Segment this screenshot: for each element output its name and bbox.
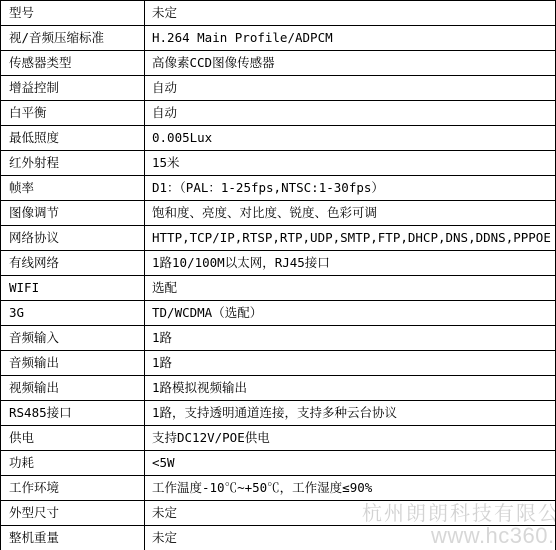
spec-value: 1路 xyxy=(145,326,556,351)
table-row: 音频输入1路 xyxy=(1,326,556,351)
spec-label: 供电 xyxy=(1,426,145,451)
spec-label: 图像调节 xyxy=(1,201,145,226)
table-row: WIFI选配 xyxy=(1,276,556,301)
spec-label: 音频输出 xyxy=(1,351,145,376)
table-row: 供电支持DC12V/POE供电 xyxy=(1,426,556,451)
spec-label: 3G xyxy=(1,301,145,326)
spec-label: RS485接口 xyxy=(1,401,145,426)
spec-value: 15米 xyxy=(145,151,556,176)
spec-value: H.264 Main Profile/ADPCM xyxy=(145,26,556,51)
table-row: 传感器类型高像素CCD图像传感器 xyxy=(1,51,556,76)
spec-label: 增益控制 xyxy=(1,76,145,101)
spec-value: 支持DC12V/POE供电 xyxy=(145,426,556,451)
spec-label: 有线网络 xyxy=(1,251,145,276)
table-row: 整机重量未定 xyxy=(1,526,556,550)
table-row: 最低照度0.005Lux xyxy=(1,126,556,151)
table-row: 帧率D1：（PAL：1-25fps,NTSC:1-30fps） xyxy=(1,176,556,201)
spec-table-body: 型号未定视/音频压缩标准H.264 Main Profile/ADPCM传感器类… xyxy=(1,1,556,550)
spec-label: 音频输入 xyxy=(1,326,145,351)
table-row: 视频输出1路模拟视频输出 xyxy=(1,376,556,401)
spec-value: TD/WCDMA（选配） xyxy=(145,301,556,326)
spec-label: 红外射程 xyxy=(1,151,145,176)
table-row: 音频输出1路 xyxy=(1,351,556,376)
spec-label: 白平衡 xyxy=(1,101,145,126)
table-row: 视/音频压缩标准H.264 Main Profile/ADPCM xyxy=(1,26,556,51)
table-row: 白平衡自动 xyxy=(1,101,556,126)
spec-value: 高像素CCD图像传感器 xyxy=(145,51,556,76)
spec-value: 未定 xyxy=(145,501,556,526)
spec-value: 自动 xyxy=(145,101,556,126)
table-row: 3GTD/WCDMA（选配） xyxy=(1,301,556,326)
spec-label: 视频输出 xyxy=(1,376,145,401)
spec-value: 选配 xyxy=(145,276,556,301)
table-row: 网络协议HTTP,TCP/IP,RTSP,RTP,UDP,SMTP,FTP,DH… xyxy=(1,226,556,251)
spec-label: 工作环境 xyxy=(1,476,145,501)
table-row: 外型尺寸未定 xyxy=(1,501,556,526)
spec-value: 工作温度-10℃~+50℃，工作湿度≤90% xyxy=(145,476,556,501)
table-row: 红外射程15米 xyxy=(1,151,556,176)
spec-label: 整机重量 xyxy=(1,526,145,550)
spec-label: 外型尺寸 xyxy=(1,501,145,526)
spec-value: HTTP,TCP/IP,RTSP,RTP,UDP,SMTP,FTP,DHCP,D… xyxy=(145,226,556,251)
spec-value: D1：（PAL：1-25fps,NTSC:1-30fps） xyxy=(145,176,556,201)
spec-label: WIFI xyxy=(1,276,145,301)
spec-value: 自动 xyxy=(145,76,556,101)
spec-label: 视/音频压缩标准 xyxy=(1,26,145,51)
spec-value: <5W xyxy=(145,451,556,476)
spec-label: 功耗 xyxy=(1,451,145,476)
spec-label: 网络协议 xyxy=(1,226,145,251)
table-row: RS485接口1路，支持透明通道连接，支持多种云台协议 xyxy=(1,401,556,426)
spec-label: 型号 xyxy=(1,1,145,26)
spec-value: 1路模拟视频输出 xyxy=(145,376,556,401)
spec-value: 1路，支持透明通道连接，支持多种云台协议 xyxy=(145,401,556,426)
spec-label: 最低照度 xyxy=(1,126,145,151)
spec-value: 未定 xyxy=(145,1,556,26)
spec-value: 0.005Lux xyxy=(145,126,556,151)
spec-value: 未定 xyxy=(145,526,556,550)
table-row: 图像调节饱和度、亮度、对比度、锐度、色彩可调 xyxy=(1,201,556,226)
product-spec-sheet: 杭州朗朗科技有限公司 www.hc360.com 型号未定视/音频压缩标准H.2… xyxy=(0,0,556,550)
spec-label: 帧率 xyxy=(1,176,145,201)
table-row: 工作环境工作温度-10℃~+50℃，工作湿度≤90% xyxy=(1,476,556,501)
spec-table: 型号未定视/音频压缩标准H.264 Main Profile/ADPCM传感器类… xyxy=(0,0,556,550)
spec-value: 1路10/100M以太网，RJ45接口 xyxy=(145,251,556,276)
table-row: 功耗<5W xyxy=(1,451,556,476)
table-row: 型号未定 xyxy=(1,1,556,26)
spec-value: 饱和度、亮度、对比度、锐度、色彩可调 xyxy=(145,201,556,226)
spec-value: 1路 xyxy=(145,351,556,376)
table-row: 有线网络1路10/100M以太网，RJ45接口 xyxy=(1,251,556,276)
table-row: 增益控制自动 xyxy=(1,76,556,101)
spec-label: 传感器类型 xyxy=(1,51,145,76)
